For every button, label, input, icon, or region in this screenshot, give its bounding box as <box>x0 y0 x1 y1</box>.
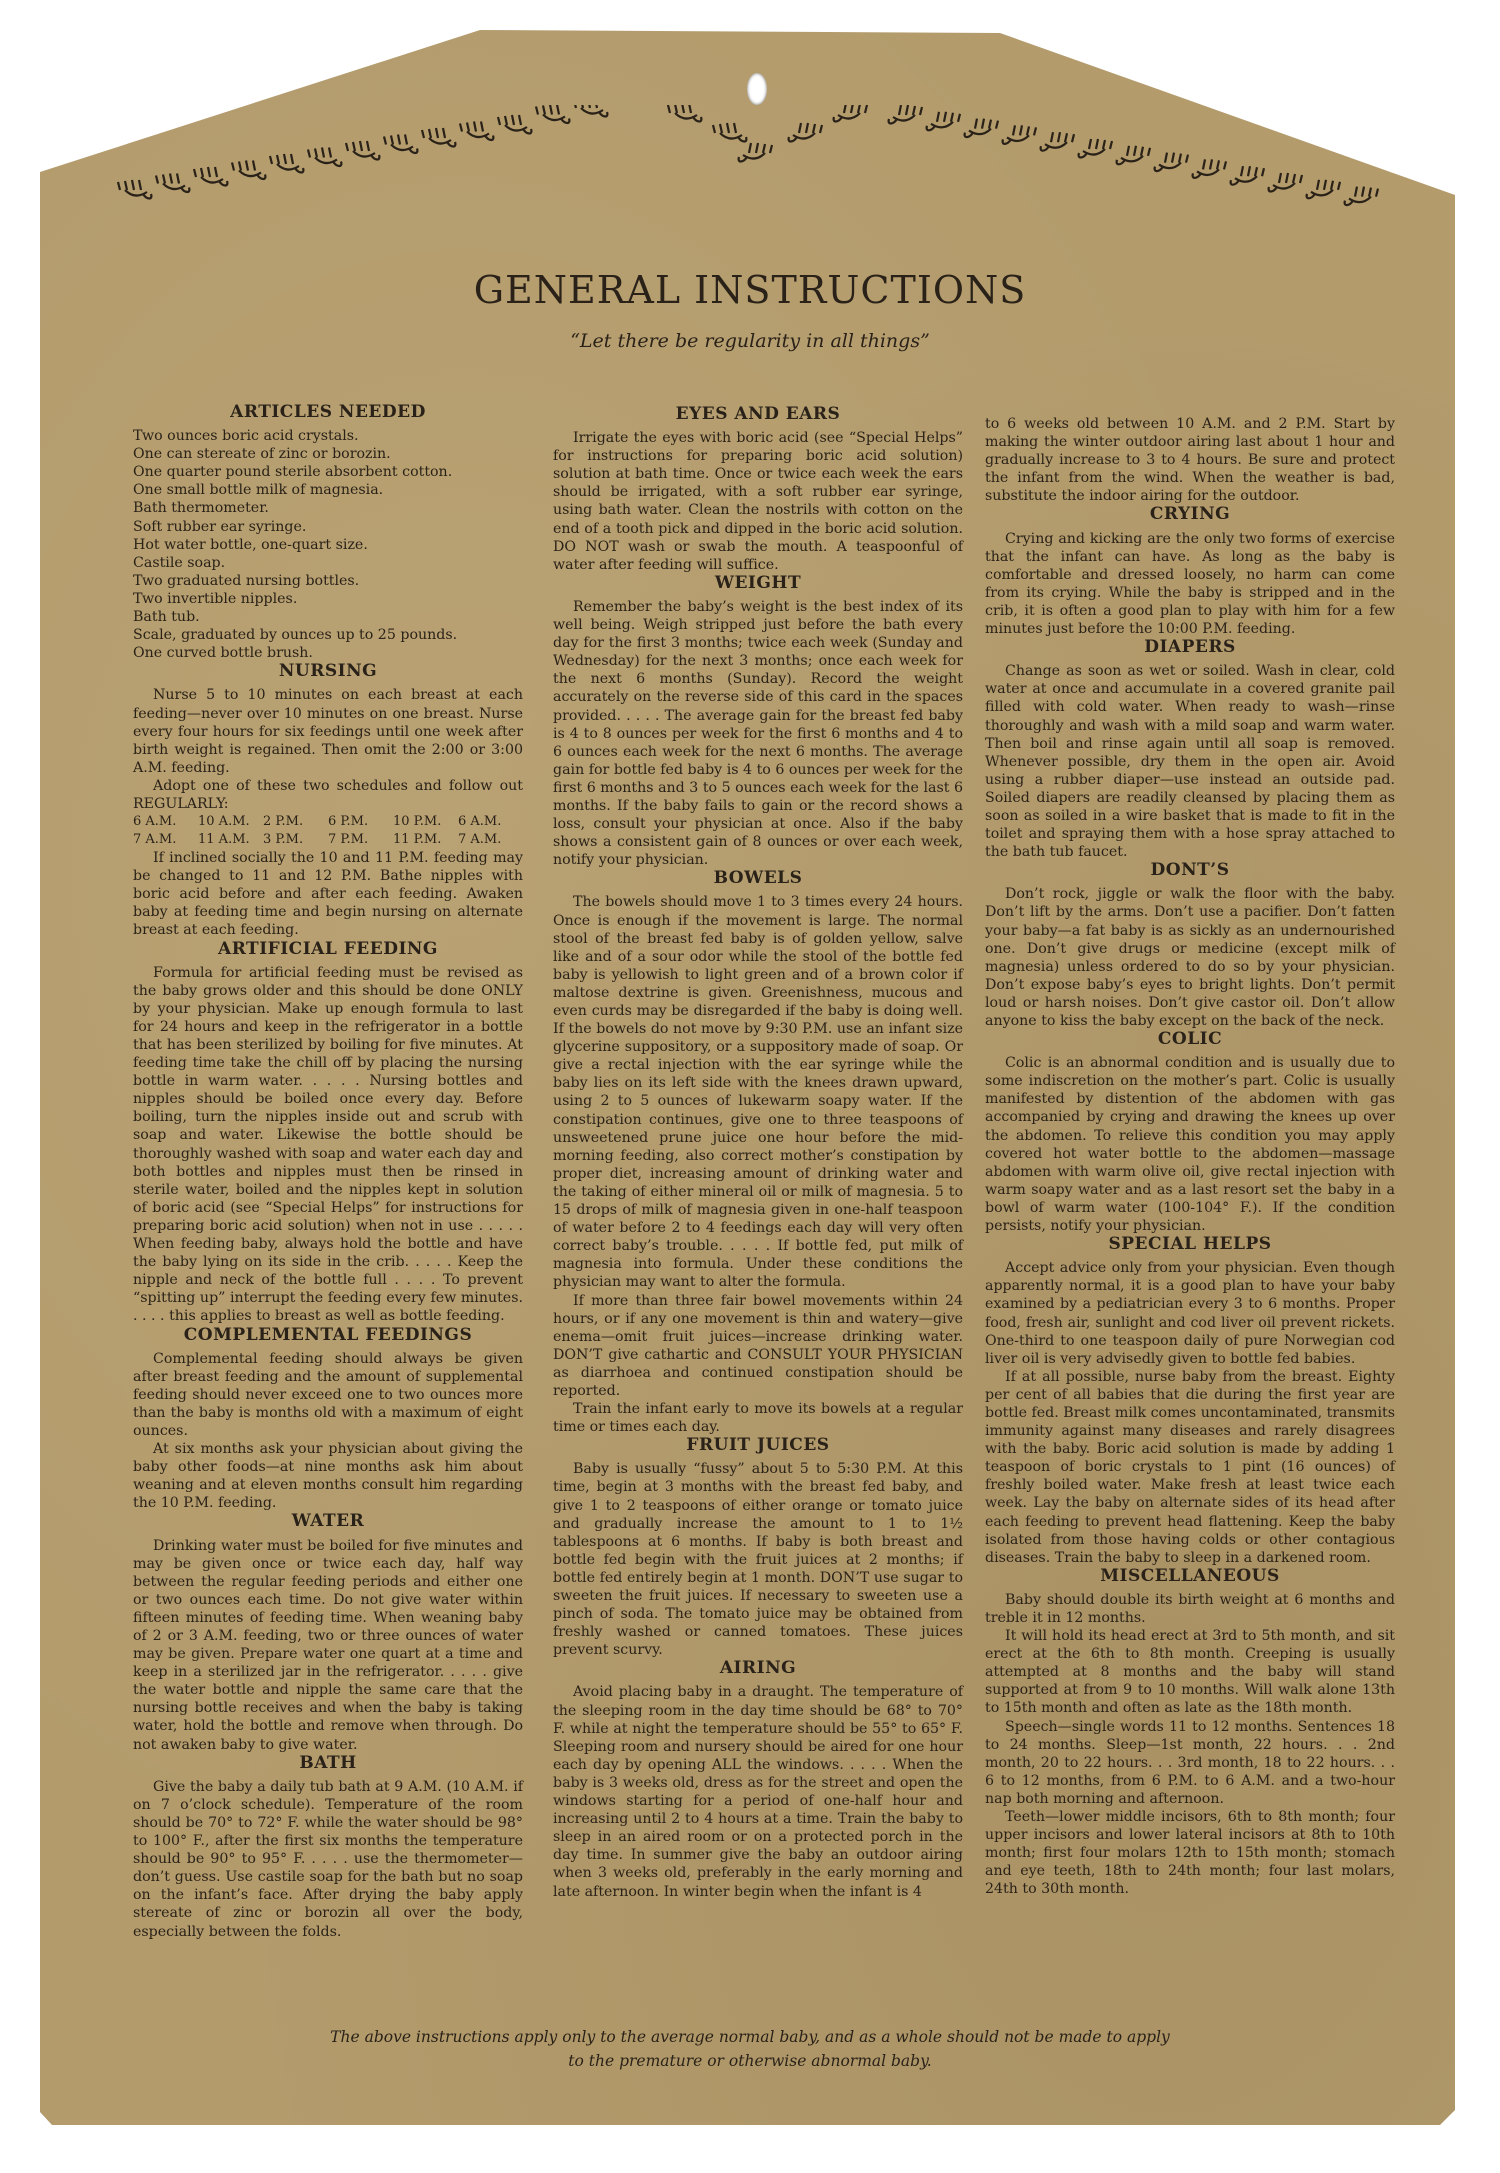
schedule-time: 6 P.M. <box>328 813 393 831</box>
list-item: Castile soap. <box>133 554 523 572</box>
section-title: FRUIT JUICES <box>553 1436 963 1454</box>
list-item: Two graduated nursing bottles. <box>133 572 523 590</box>
section-miscellaneous: MISCELLANEOUSBaby should double its birt… <box>985 1567 1395 1899</box>
schedule-time: 3 P.M. <box>263 831 328 849</box>
section-title: SPECIAL HELPS <box>985 1235 1395 1253</box>
list-item: Two ounces boric acid crystals. <box>133 427 523 445</box>
section-dont-s: DONT’SDon’t rock, jiggle or walk the flo… <box>985 861 1395 1030</box>
column-middle: EYES AND EARSIrrigate the eyes with bori… <box>553 405 963 1901</box>
section-weight: WEIGHTRemember the baby’s weight is the … <box>553 574 963 870</box>
paragraph: Give the baby a daily tub bath at 9 A.M.… <box>133 1778 523 1941</box>
section-articles-needed: ARTICLES NEEDEDTwo ounces boric acid cry… <box>133 403 523 662</box>
section-fruit-juices: FRUIT JUICESBaby is usually “fussy” abou… <box>553 1436 963 1659</box>
list-item: Bath tub. <box>133 608 523 626</box>
section-title: DIAPERS <box>985 638 1395 656</box>
section-title: BATH <box>133 1754 523 1772</box>
section-title: AIRING <box>553 1659 963 1677</box>
schedule-time: 7 A.M. <box>133 831 198 849</box>
paragraph: Teeth—lower middle incisors, 6th to 8th … <box>985 1808 1395 1898</box>
paragraph: Change as soon as wet or soiled. Wash in… <box>985 662 1395 861</box>
section-complemental-feedings: COMPLEMENTAL FEEDINGSComplemental feedin… <box>133 1326 523 1513</box>
paragraph: Don’t rock, jiggle or walk the floor wit… <box>985 885 1395 1030</box>
section-colic: COLICColic is an abnormal condition and … <box>985 1030 1395 1235</box>
schedule-time: 7 P.M. <box>328 831 393 849</box>
schedule-time: 7 A.M. <box>458 831 523 849</box>
section-artificial-feeding: ARTIFICIAL FEEDINGFormula for artificial… <box>133 940 523 1326</box>
section-title: EYES AND EARS <box>553 405 963 423</box>
section-title: ARTICLES NEEDED <box>133 403 523 421</box>
section-title: NURSING <box>133 662 523 680</box>
list-item: One quarter pound sterile absorbent cott… <box>133 463 523 481</box>
paragraph: Baby is usually “fussy” about 5 to 5:30 … <box>553 1460 963 1659</box>
paragraph: If at all possible, nurse baby from the … <box>985 1368 1395 1567</box>
paragraph: The bowels should move 1 to 3 times ever… <box>553 893 963 1291</box>
list-item: Scale, graduated by ounces up to 25 poun… <box>133 626 523 644</box>
list-item: Hot water bottle, one-quart size. <box>133 536 523 554</box>
paragraph: Baby should double its birth weight at 6… <box>985 1591 1395 1627</box>
paragraph: Complemental feeding should always be gi… <box>133 1350 523 1440</box>
disclaimer-line-1: The above instructions apply only to the… <box>200 2025 1300 2049</box>
schedule-time: 6 A.M. <box>458 813 523 831</box>
section-title: ARTIFICIAL FEEDING <box>133 940 523 958</box>
list-item: One small bottle milk of magnesia. <box>133 481 523 499</box>
feeding-schedule-row: 6 A.M.10 A.M.2 P.M.6 P.M.10 P.M.6 A.M. <box>133 813 523 831</box>
paragraph: Train the infant early to move its bowel… <box>553 1400 963 1436</box>
paragraph: Remember the baby’s weight is the best i… <box>553 598 963 869</box>
section-special-helps: SPECIAL HELPSAccept advice only from you… <box>985 1235 1395 1567</box>
section-title: WATER <box>133 1512 523 1530</box>
paragraph: Crying and kicking are the only two form… <box>985 530 1395 639</box>
paragraph: If inclined socially the 10 and 11 P.M. … <box>133 849 523 939</box>
paragraph: At six months ask your physician about g… <box>133 1440 523 1512</box>
section-title: DONT’S <box>985 861 1395 879</box>
section-title: COLIC <box>985 1030 1395 1048</box>
section-airing: AIRINGAvoid placing baby in a draught. T… <box>553 1659 963 1900</box>
section-bath: BATHGive the baby a daily tub bath at 9 … <box>133 1754 523 1941</box>
schedule-time: 10 A.M. <box>198 813 263 831</box>
list-item: Bath thermometer. <box>133 499 523 517</box>
column-left: ARTICLES NEEDEDTwo ounces boric acid cry… <box>133 403 523 1941</box>
paragraph: Adopt one of these two schedules and fol… <box>133 777 523 813</box>
paragraph: It will hold its head erect at 3rd to 5t… <box>985 1627 1395 1717</box>
section-title: MISCELLANEOUS <box>985 1567 1395 1585</box>
list-item: One can stereate of zinc or borozin. <box>133 445 523 463</box>
schedule-time: 11 P.M. <box>393 831 458 849</box>
section-bowels: BOWELSThe bowels should move 1 to 3 time… <box>553 869 963 1436</box>
paragraph: Accept advice only from your physician. … <box>985 1259 1395 1368</box>
section-crying: CRYINGCrying and kicking are the only tw… <box>985 505 1395 638</box>
paragraph: If more than three fair bowel movements … <box>553 1292 963 1401</box>
schedule-time: 11 A.M. <box>198 831 263 849</box>
hanging-hole <box>747 73 767 105</box>
schedule-time: 10 P.M. <box>393 813 458 831</box>
paragraph: Speech—single words 11 to 12 months. Sen… <box>985 1718 1395 1808</box>
disclaimer-footer: The above instructions apply only to the… <box>200 2025 1300 2073</box>
disclaimer-line-2: to the premature or otherwise abnormal b… <box>200 2049 1300 2073</box>
paragraph: Drinking water must be boiled for five m… <box>133 1537 523 1754</box>
section-title: WEIGHT <box>553 574 963 592</box>
section-diapers: DIAPERSChange as soon as wet or soiled. … <box>985 638 1395 861</box>
section-continuation: to 6 weeks old between 10 A.M. and 2 P.M… <box>985 415 1395 505</box>
schedule-time: 6 A.M. <box>133 813 198 831</box>
list-item: One curved bottle brush. <box>133 644 523 662</box>
list-item: Two invertible nipples. <box>133 590 523 608</box>
column-right: to 6 weeks old between 10 A.M. and 2 P.M… <box>985 415 1395 1899</box>
paragraph: Irrigate the eyes with boric acid (see “… <box>553 429 963 574</box>
section-nursing: NURSINGNurse 5 to 10 minutes on each bre… <box>133 662 523 939</box>
paragraph: Nurse 5 to 10 minutes on each breast at … <box>133 686 523 776</box>
list-item: Soft rubber ear syringe. <box>133 518 523 536</box>
section-title: BOWELS <box>553 869 963 887</box>
section-title: CRYING <box>985 505 1395 523</box>
motto: “Let there be regularity in all things” <box>0 330 1500 352</box>
section-title: COMPLEMENTAL FEEDINGS <box>133 1326 523 1344</box>
paragraph: Colic is an abnormal condition and is us… <box>985 1054 1395 1235</box>
paragraph: Formula for artificial feeding must be r… <box>133 964 523 1326</box>
paragraph: Avoid placing baby in a draught. The tem… <box>553 1683 963 1900</box>
feeding-schedule-row: 7 A.M.11 A.M.3 P.M.7 P.M.11 P.M.7 A.M. <box>133 831 523 849</box>
section-water: WATERDrinking water must be boiled for f… <box>133 1512 523 1753</box>
section-eyes-and-ears: EYES AND EARSIrrigate the eyes with bori… <box>553 405 963 574</box>
page-title: GENERAL INSTRUCTIONS <box>0 268 1500 312</box>
schedule-time: 2 P.M. <box>263 813 328 831</box>
continued-paragraph: to 6 weeks old between 10 A.M. and 2 P.M… <box>985 415 1395 505</box>
